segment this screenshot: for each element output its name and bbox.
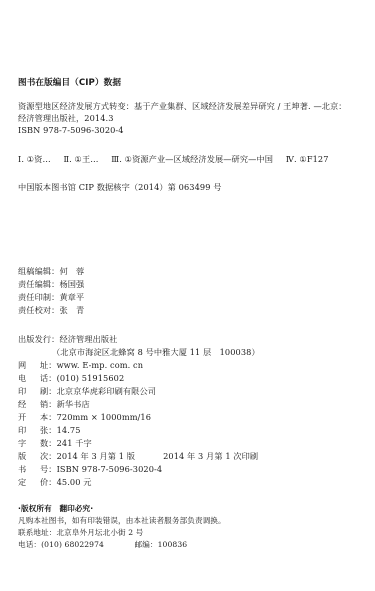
editor-row: 责任校对：张 青 bbox=[18, 305, 84, 315]
pub-key-char1: 电 bbox=[18, 373, 40, 383]
cip-classification: Ⅰ. ①资… Ⅱ. ①王… Ⅲ. ①资源产业—区域经济发展—研究—中国 Ⅳ. ①… bbox=[18, 154, 329, 164]
pub-key-char2: 数： bbox=[40, 438, 57, 448]
pub-value: 新华书店 bbox=[57, 399, 90, 409]
cip-record-number: 中国版本图书馆 CIP 数据核字（2014）第 063499 号 bbox=[18, 182, 222, 192]
cip-heading: 图书在版编目（CIP）数据 bbox=[18, 78, 121, 88]
copyright-page: 图书在版编目（CIP）数据 资源型地区经济发展方式转变：基于产业集群、区域经济发… bbox=[0, 0, 375, 591]
pub-info-row: 版次：2014 年 3 月第 1 版2014 年 3 月第 1 次印刷 bbox=[18, 451, 258, 461]
pub-key-char2: 号： bbox=[40, 464, 57, 474]
pub-key-char2: 张： bbox=[40, 425, 57, 435]
pub-key-char1: 定 bbox=[18, 477, 40, 487]
class-3: Ⅲ. ①资源产业—区域经济发展—研究—中国 bbox=[111, 154, 273, 164]
contact-address: 联系地址：北京阜外月坛北小街 2 号 bbox=[18, 528, 143, 538]
class-4: Ⅳ. ①F127 bbox=[286, 154, 329, 164]
postcode-value: 100836 bbox=[158, 540, 188, 549]
pub-info-row: 书号：ISBN 978-7-5096-3020-4 bbox=[18, 464, 162, 474]
pub-value: 北京京华虎彩印刷有限公司 bbox=[57, 386, 156, 396]
pub-key-char1: 经 bbox=[18, 399, 40, 409]
pub-key-char2: 址： bbox=[40, 360, 57, 370]
replacement-notice: 凡购本社图书，如有印装错误，由本社读者服务部负责调换。 bbox=[18, 516, 226, 526]
copyright-notice: ·版权所有 翻印必究· bbox=[18, 504, 93, 514]
pub-value: 14.75 bbox=[57, 425, 81, 435]
editor-label: 责任校对： bbox=[18, 305, 59, 315]
pub-key-char1: 印 bbox=[18, 386, 40, 396]
phone-value: (010) 68022974 bbox=[41, 540, 104, 549]
editor-value: 黄章平 bbox=[59, 292, 84, 302]
pub-info-row: 经销：新华书店 bbox=[18, 399, 90, 409]
editor-value: 何 蓉 bbox=[59, 266, 84, 276]
pub-key-char1: 印 bbox=[18, 425, 40, 435]
pub-value: 2014 年 3 月第 1 版 bbox=[57, 451, 136, 461]
pub-key-char1: 字 bbox=[18, 438, 40, 448]
cip-isbn: ISBN 978-7-5096-3020-4 bbox=[18, 125, 124, 135]
pub-key-char1: 版 bbox=[18, 451, 40, 461]
editor-value: 张 青 bbox=[59, 305, 84, 315]
class-2: Ⅱ. ①王… bbox=[63, 154, 98, 164]
pub-info-row: 字数：241 千字 bbox=[18, 438, 92, 448]
publisher-row: 出版发行：经济管理出版社 bbox=[18, 334, 117, 344]
editor-label: 责任编辑： bbox=[18, 279, 59, 289]
editor-value: 杨国强 bbox=[59, 279, 84, 289]
editor-row: 责任印制：黄章平 bbox=[18, 292, 84, 302]
pub-value-secondary: 2014 年 3 月第 1 次印刷 bbox=[163, 451, 258, 461]
pub-key-char2: 价： bbox=[40, 477, 57, 487]
publisher-name: 经济管理出版社 bbox=[59, 334, 117, 344]
pub-key-char1: 网 bbox=[18, 360, 40, 370]
pub-key-char2: 销： bbox=[40, 399, 57, 409]
editor-row: 组稿编辑：何 蓉 bbox=[18, 266, 84, 276]
publisher-label: 出版发行： bbox=[18, 334, 59, 344]
pub-info-row: 定价：45.00 元 bbox=[18, 477, 92, 487]
pub-value: (010) 51915602 bbox=[57, 373, 125, 383]
pub-key-char1: 开 bbox=[18, 412, 40, 422]
class-1: Ⅰ. ①资… bbox=[18, 154, 51, 164]
pub-info-row: 印张：14.75 bbox=[18, 425, 81, 435]
pub-key-char1: 书 bbox=[18, 464, 40, 474]
pub-info-row: 开本：720mm × 1000mm/16 bbox=[18, 412, 151, 422]
contact-phone-row: 电话：(010) 68022974 邮编：100836 bbox=[18, 540, 187, 550]
postcode-label: 邮编： bbox=[135, 540, 158, 549]
publisher-address: （北京市海淀区北蜂窝 8 号中雅大厦 11 层 100038） bbox=[52, 347, 260, 357]
editor-label: 责任印制： bbox=[18, 292, 59, 302]
pub-value: www. E-mp. com. cn bbox=[57, 360, 144, 370]
pub-value: ISBN 978-7-5096-3020-4 bbox=[57, 464, 163, 474]
pub-info-row: 网址：www. E-mp. com. cn bbox=[18, 360, 143, 370]
cip-title-line1: 资源型地区经济发展方式转变：基于产业集群、区域经济发展差异研究 / 王坤著. —… bbox=[18, 101, 347, 111]
editor-row: 责任编辑：杨国强 bbox=[18, 279, 84, 289]
pub-key-char2: 刷： bbox=[40, 386, 57, 396]
pub-info-row: 电话：(010) 51915602 bbox=[18, 373, 124, 383]
pub-key-char2: 话： bbox=[40, 373, 57, 383]
pub-info-row: 印刷：北京京华虎彩印刷有限公司 bbox=[18, 386, 156, 396]
editor-label: 组稿编辑： bbox=[18, 266, 59, 276]
pub-key-char2: 次： bbox=[40, 451, 57, 461]
pub-value: 241 千字 bbox=[57, 438, 92, 448]
pub-value: 720mm × 1000mm/16 bbox=[57, 412, 151, 422]
pub-value: 45.00 元 bbox=[57, 477, 92, 487]
phone-label: 电话： bbox=[18, 540, 41, 549]
pub-key-char2: 本： bbox=[40, 412, 57, 422]
cip-title-line2: 经济管理出版社，2014.3 bbox=[18, 113, 114, 123]
